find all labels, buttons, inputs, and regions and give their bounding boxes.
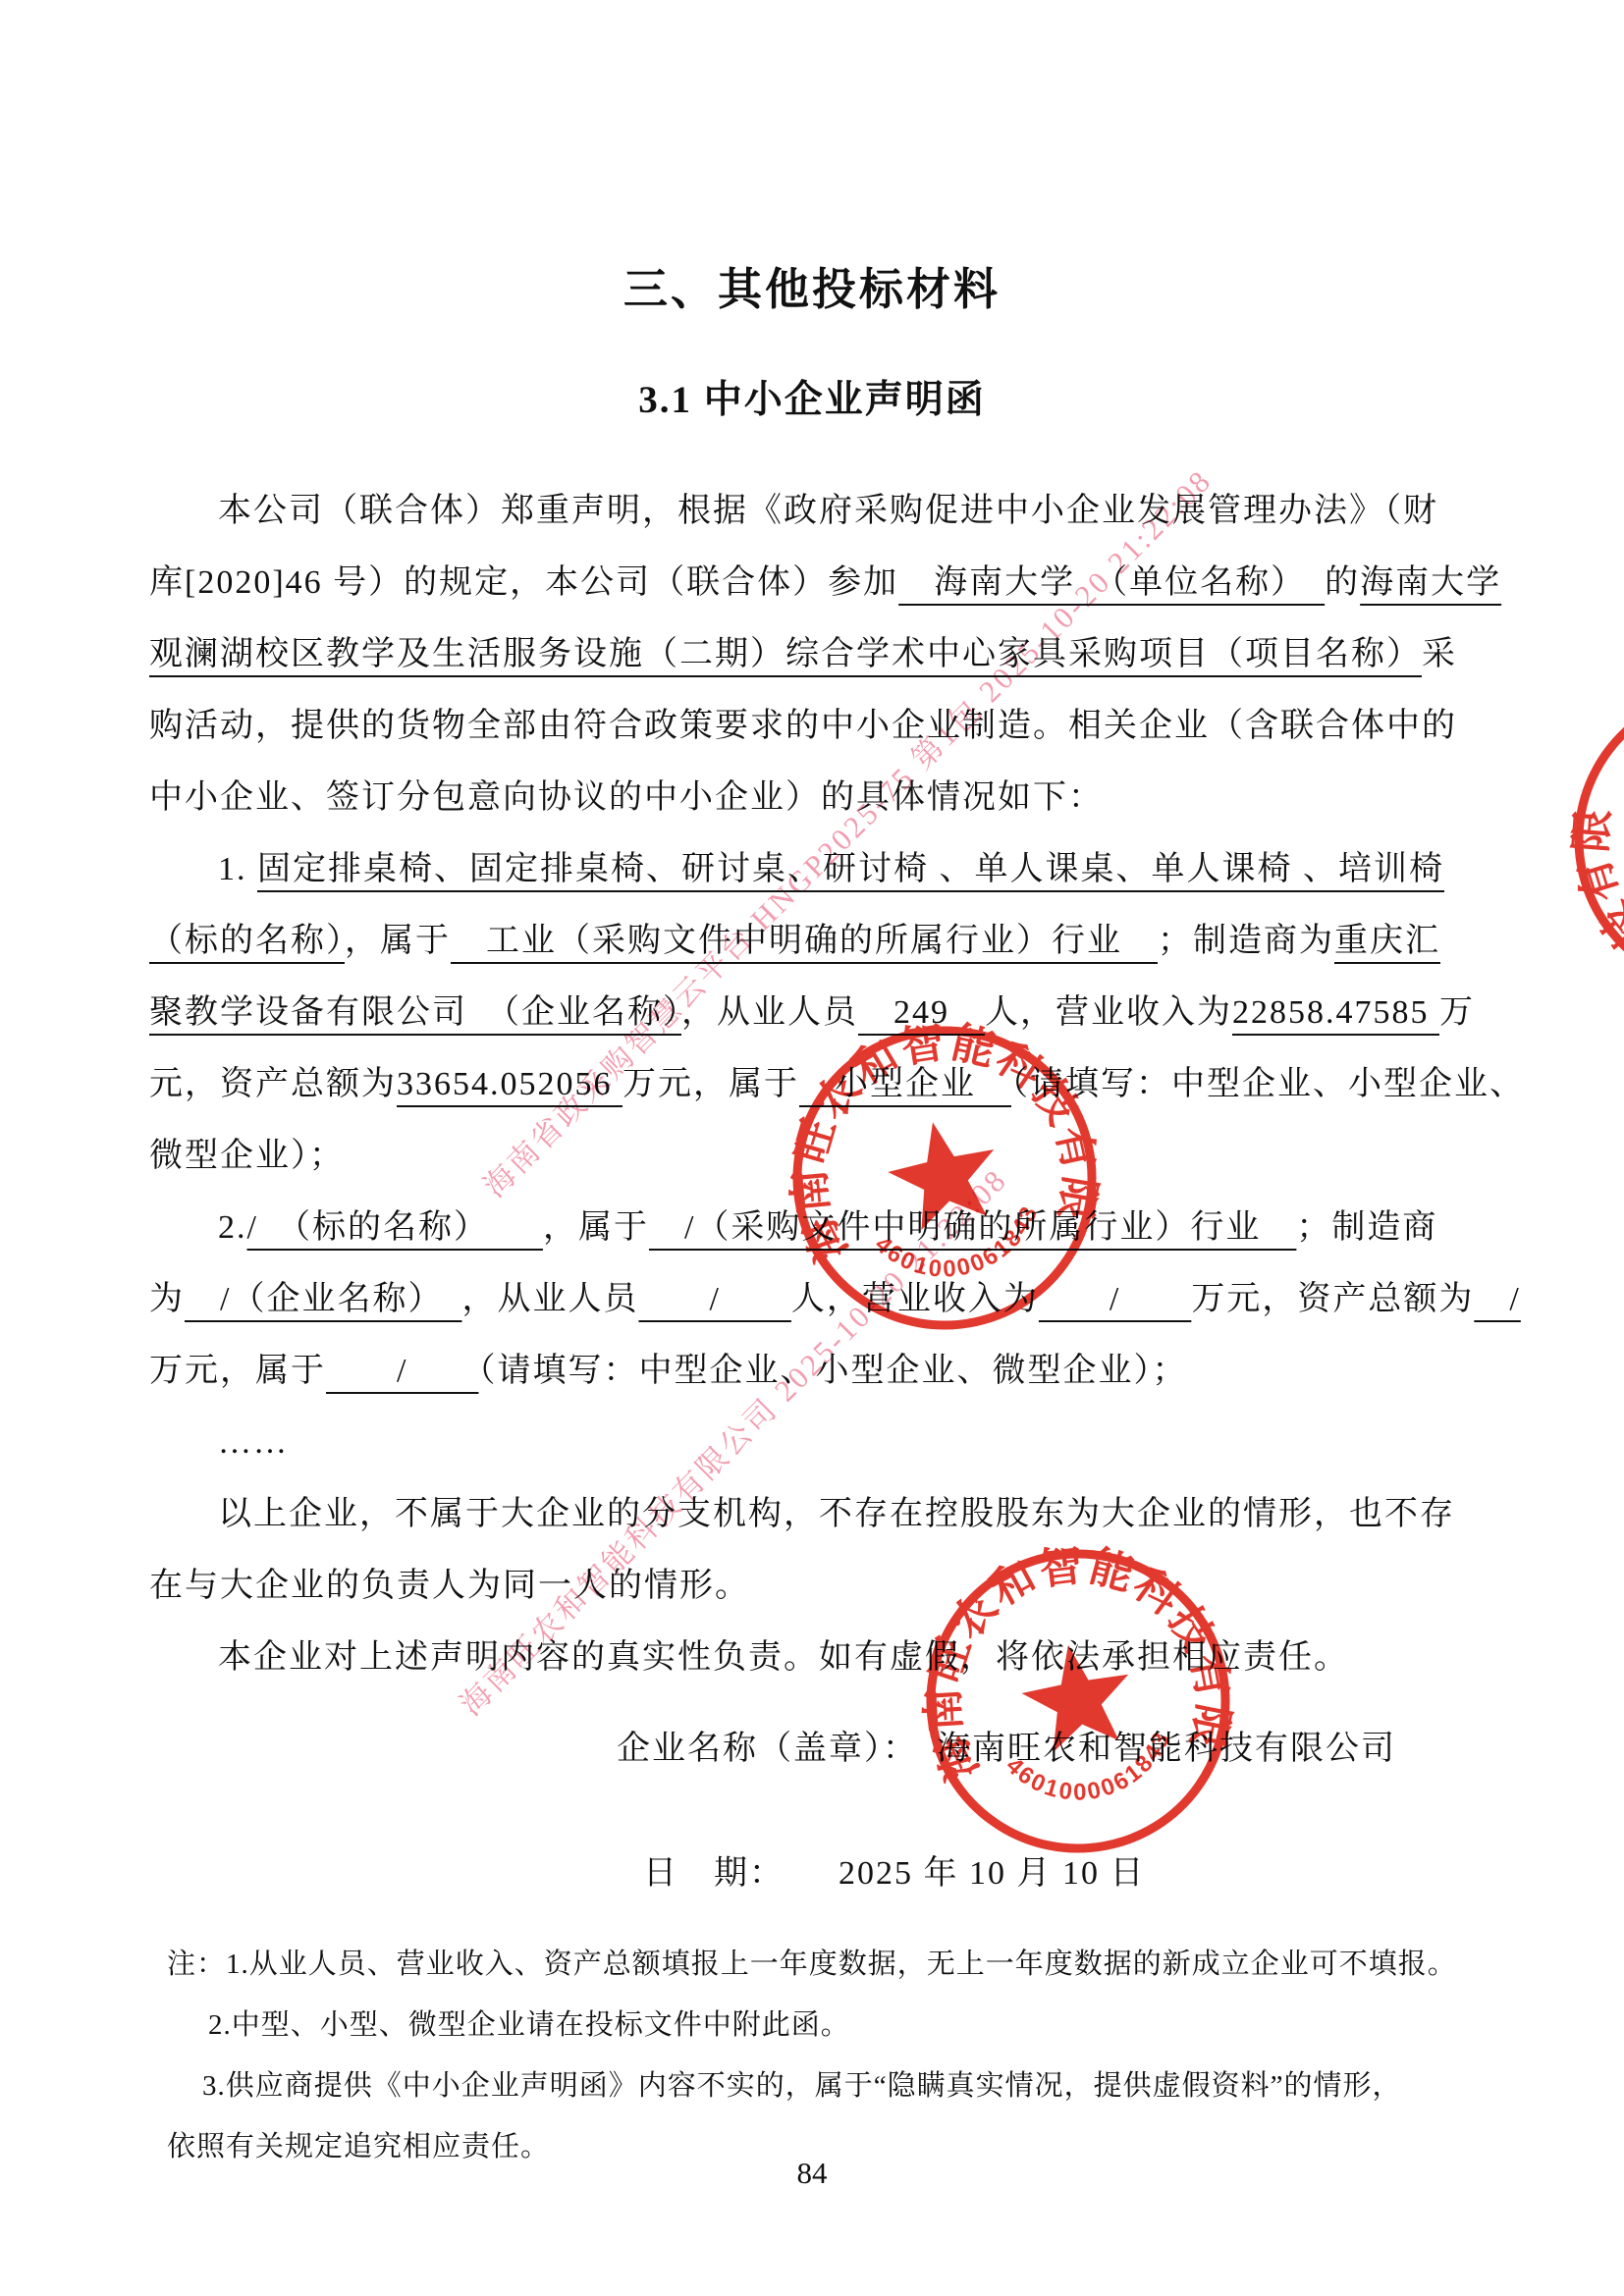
filled-field: /: [1474, 1281, 1520, 1317]
filled-field: 重庆汇: [1334, 923, 1440, 959]
text-run: 在与大企业的负责人为同一人的情形。: [149, 1568, 750, 1604]
filled-field: /: [326, 1353, 478, 1389]
note-line: 注：1.从业人员、营业收入、资产总额填报上一年度数据，无上一年度数据的新成立企业…: [167, 1934, 1542, 1995]
note-line: 3.供应商提供《中小企业声明函》内容不实的，属于“隐瞒真实情况，提供虚假资料”的…: [167, 2056, 1542, 2116]
section-title: 三、其他投标材料: [0, 253, 1624, 317]
text-run: ；制造商: [1296, 1209, 1437, 1246]
body-line: 购活动，提供的货物全部由符合政策要求的中小企业制造。相关企业（含联合体中的: [149, 690, 1485, 762]
text-run: ……: [218, 1424, 289, 1461]
page-number: 84: [0, 2156, 1624, 2191]
body-line: 本公司（联合体）郑重声明，根据《政府采购促进中小企业发展管理办法》（财: [149, 475, 1485, 547]
body-line: 中小企业、签订分包意向协议的中小企业）的具体情况如下：: [149, 762, 1485, 833]
company-seal: 海南旺农和智能科技有限公司 46010000618432: [746, 980, 1142, 1375]
body-line: 在与大企业的负责人为同一人的情形。: [149, 1550, 1485, 1622]
text-run: 采: [1422, 636, 1457, 672]
text-run: 万元，资产总额为: [1191, 1281, 1474, 1317]
seal-company-text: 海南旺农和智能科技有限公司: [1552, 718, 1624, 1038]
filled-field: 22858.47585: [1232, 994, 1439, 1031]
page-title: 3.1 中小企业声明函: [0, 369, 1624, 424]
filled-field: 聚教学设备有限公司 （企业名称）: [149, 994, 681, 1031]
text-run: ，从业人员: [681, 994, 858, 1031]
document-page: 海南省政采购智慧云平台 HNGP2025-75 第1包 2025-10-20 2…: [0, 0, 1624, 2296]
body-line: 库[2020]46 号）的规定，本公司（联合体）参加 海南大学 （单位名称） 的…: [149, 547, 1485, 618]
filled-field: 工业（采购文件中明确的所属行业）行业: [451, 923, 1158, 959]
filled-field: 观澜湖校区教学及生活服务设施（二期）综合学术中心家具采购项目（项目名称）: [149, 636, 1422, 672]
text-run: ，从业人员: [461, 1281, 638, 1317]
body-line: 以上企业，不属于大企业的分支机构，不存在控股股东为大企业的情形，也不存: [149, 1478, 1485, 1550]
body-line: 观澜湖校区教学及生活服务设施（二期）综合学术中心家具采购项目（项目名称）采: [149, 618, 1485, 690]
text-run: 为: [149, 1281, 185, 1317]
note-line: 2.中型、小型、微型企业请在投标文件中附此函。: [167, 1995, 1542, 2056]
text-run: 的: [1325, 564, 1360, 601]
text-run: 1.: [218, 851, 257, 887]
edge-seal-partial: 海南旺农和智能科技有限公司: [1518, 631, 1624, 1048]
body-line: 本企业对上述声明内容的真实性负责。如有虚假，将依法承担相应责任。: [149, 1622, 1485, 1693]
text-run: 本公司（联合体）郑重声明，根据《政府采购促进中小企业发展管理办法》（财: [218, 493, 1438, 529]
filled-field: 33654.052056: [397, 1066, 623, 1102]
filled-field: （标的名称）: [149, 923, 345, 959]
filled-field: / （标的名称）: [247, 1209, 543, 1246]
star-icon: [880, 1111, 1007, 1235]
text-run: 中小企业、签订分包意向协议的中小企业）的具体情况如下：: [149, 779, 1104, 816]
text-run: 微型企业）；: [149, 1138, 345, 1174]
text-run: 以上企业，不属于大企业的分支机构，不存在控股股东为大企业的情形，也不存: [218, 1496, 1455, 1532]
text-run: 2.: [218, 1209, 247, 1246]
star-icon: [1015, 1635, 1140, 1755]
body-line: 1. 固定排桌椅、固定排桌椅、研讨桌、研讨椅 、单人课桌、单人课椅 、培训椅: [149, 833, 1485, 905]
text-run: 元，资产总额为: [149, 1066, 397, 1102]
text-run: 万: [1439, 994, 1475, 1031]
filled-field: /: [638, 1281, 790, 1317]
text-run: ，属于: [345, 923, 451, 959]
text-run: 万元，属于: [149, 1353, 326, 1389]
text-run: 购活动，提供的货物全部由符合政策要求的中小企业制造。相关企业（含联合体中的: [149, 708, 1457, 744]
filled-field: 海南大学 （单位名称）: [898, 564, 1325, 601]
text-run: ，属于: [543, 1209, 649, 1246]
company-seal: 海南旺农和智能科技有限公司 46010000618432: [885, 1508, 1272, 1895]
filled-field: /（企业名称）: [185, 1281, 461, 1317]
body-line: （标的名称），属于 工业（采购文件中明确的所属行业）行业 ；制造商为重庆汇: [149, 905, 1485, 977]
text-run: ；制造商为: [1158, 923, 1334, 959]
filled-field: 海南大学: [1360, 564, 1501, 601]
text-run: 库[2020]46 号）的规定，本公司（联合体）参加: [149, 564, 898, 601]
notes-block: 注：1.从业人员、营业收入、资产总额填报上一年度数据，无上一年度数据的新成立企业…: [167, 1934, 1542, 2177]
body-line: ……: [149, 1407, 1485, 1478]
filled-field: 固定排桌椅、固定排桌椅、研讨桌、研讨椅 、单人课桌、单人课椅 、培训椅: [257, 851, 1444, 887]
